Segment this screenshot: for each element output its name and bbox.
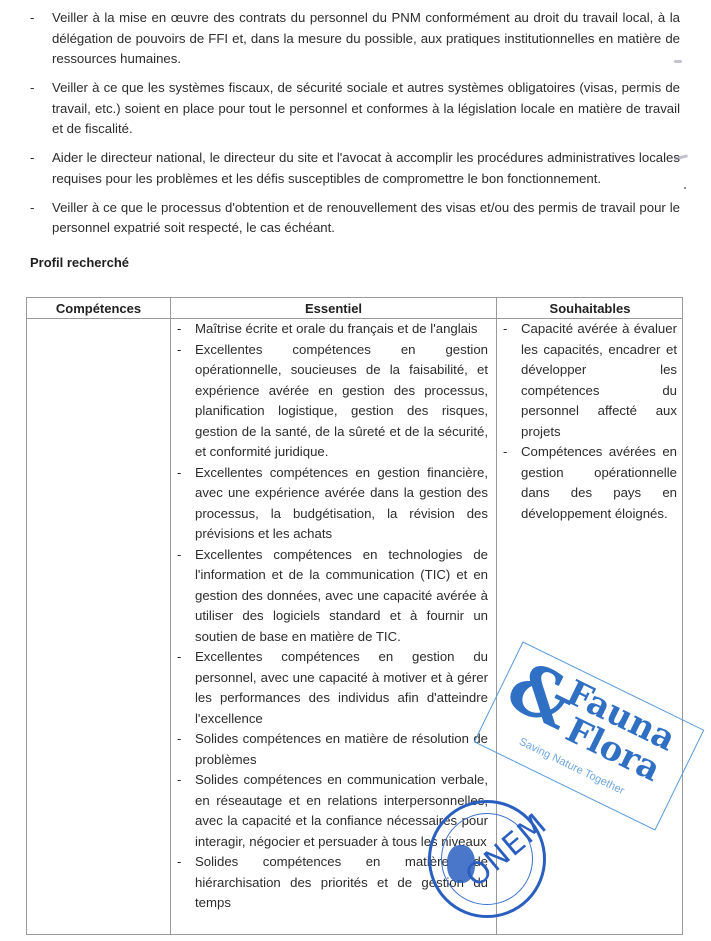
bullet-dash: - <box>177 852 181 873</box>
bullet-dash: - <box>177 319 181 340</box>
list-item: -Excellentes compétences en gestion fina… <box>171 463 488 545</box>
document-page: - Veiller à la mise en œuvre des contrat… <box>0 0 711 941</box>
scan-speck <box>684 187 686 189</box>
responsibility-text: Aider le directeur national, le directeu… <box>52 148 680 189</box>
header-competences: Compétences <box>27 299 170 318</box>
bullet-dash: - <box>30 148 34 169</box>
list-item-text: Excellentes compétences en technologies … <box>195 547 488 644</box>
bullet-dash: - <box>177 729 181 750</box>
list-item-text: Excellentes compétences en gestion du pe… <box>195 649 488 726</box>
section-title-profil: Profil recherché <box>30 255 129 270</box>
list-item: -Maîtrise écrite et orale du français et… <box>171 319 488 340</box>
list-item-text: Excellentes compétences en gestion finan… <box>195 465 488 542</box>
bullet-dash: - <box>30 8 34 29</box>
responsibility-item: - Veiller à ce que les systèmes fiscaux,… <box>30 78 680 140</box>
list-item: -Excellentes compétences en technologies… <box>171 545 488 648</box>
responsibility-text: Veiller à ce que les systèmes fiscaux, d… <box>52 78 680 140</box>
bullet-dash: - <box>177 545 181 566</box>
onem-stamp: ONEM <box>428 800 546 918</box>
bullet-dash: - <box>503 319 507 340</box>
profile-table: Compétences Essentiel Souhaitables -Maît… <box>26 297 683 935</box>
responsibility-text: Veiller à ce que le processus d'obtentio… <box>52 198 680 239</box>
responsibilities-list: - Veiller à la mise en œuvre des contrat… <box>30 8 680 247</box>
responsibility-item: - Veiller à ce que le processus d'obtent… <box>30 198 680 239</box>
list-item: -Solides compétences en matière de résol… <box>171 729 488 770</box>
list-item: -Compétences avérées en gestion opératio… <box>497 442 677 524</box>
header-essentiel: Essentiel <box>171 299 496 318</box>
bullet-dash: - <box>177 647 181 668</box>
list-item-text: Solides compétences en matière de résolu… <box>195 731 488 767</box>
list-item-text: Maîtrise écrite et orale du français et … <box>195 321 478 336</box>
souhaitables-list: -Capacité avérée à évaluer les capacités… <box>497 319 677 524</box>
list-item-text: Compétences avérées en gestion opération… <box>521 444 677 521</box>
bullet-dash: - <box>177 770 181 791</box>
responsibility-item: - Veiller à la mise en œuvre des contrat… <box>30 8 680 70</box>
header-souhaitables: Souhaitables <box>497 299 683 318</box>
bullet-dash: - <box>177 463 181 484</box>
list-item: -Excellentes compétences en gestion opér… <box>171 340 488 463</box>
bullet-dash: - <box>177 340 181 361</box>
responsibility-text: Veiller à la mise en œuvre des contrats … <box>52 8 680 70</box>
responsibility-item: - Aider le directeur national, le direct… <box>30 148 680 189</box>
bullet-dash: - <box>30 198 34 219</box>
scan-speck <box>674 60 682 63</box>
list-item-text: Capacité avérée à évaluer les capacités,… <box>521 321 677 439</box>
list-item: -Capacité avérée à évaluer les capacités… <box>497 319 677 442</box>
list-item: -Excellentes compétences en gestion du p… <box>171 647 488 729</box>
list-item-text: Excellentes compétences en gestion opéra… <box>195 342 488 460</box>
bullet-dash: - <box>30 78 34 99</box>
bullet-dash: - <box>503 442 507 463</box>
